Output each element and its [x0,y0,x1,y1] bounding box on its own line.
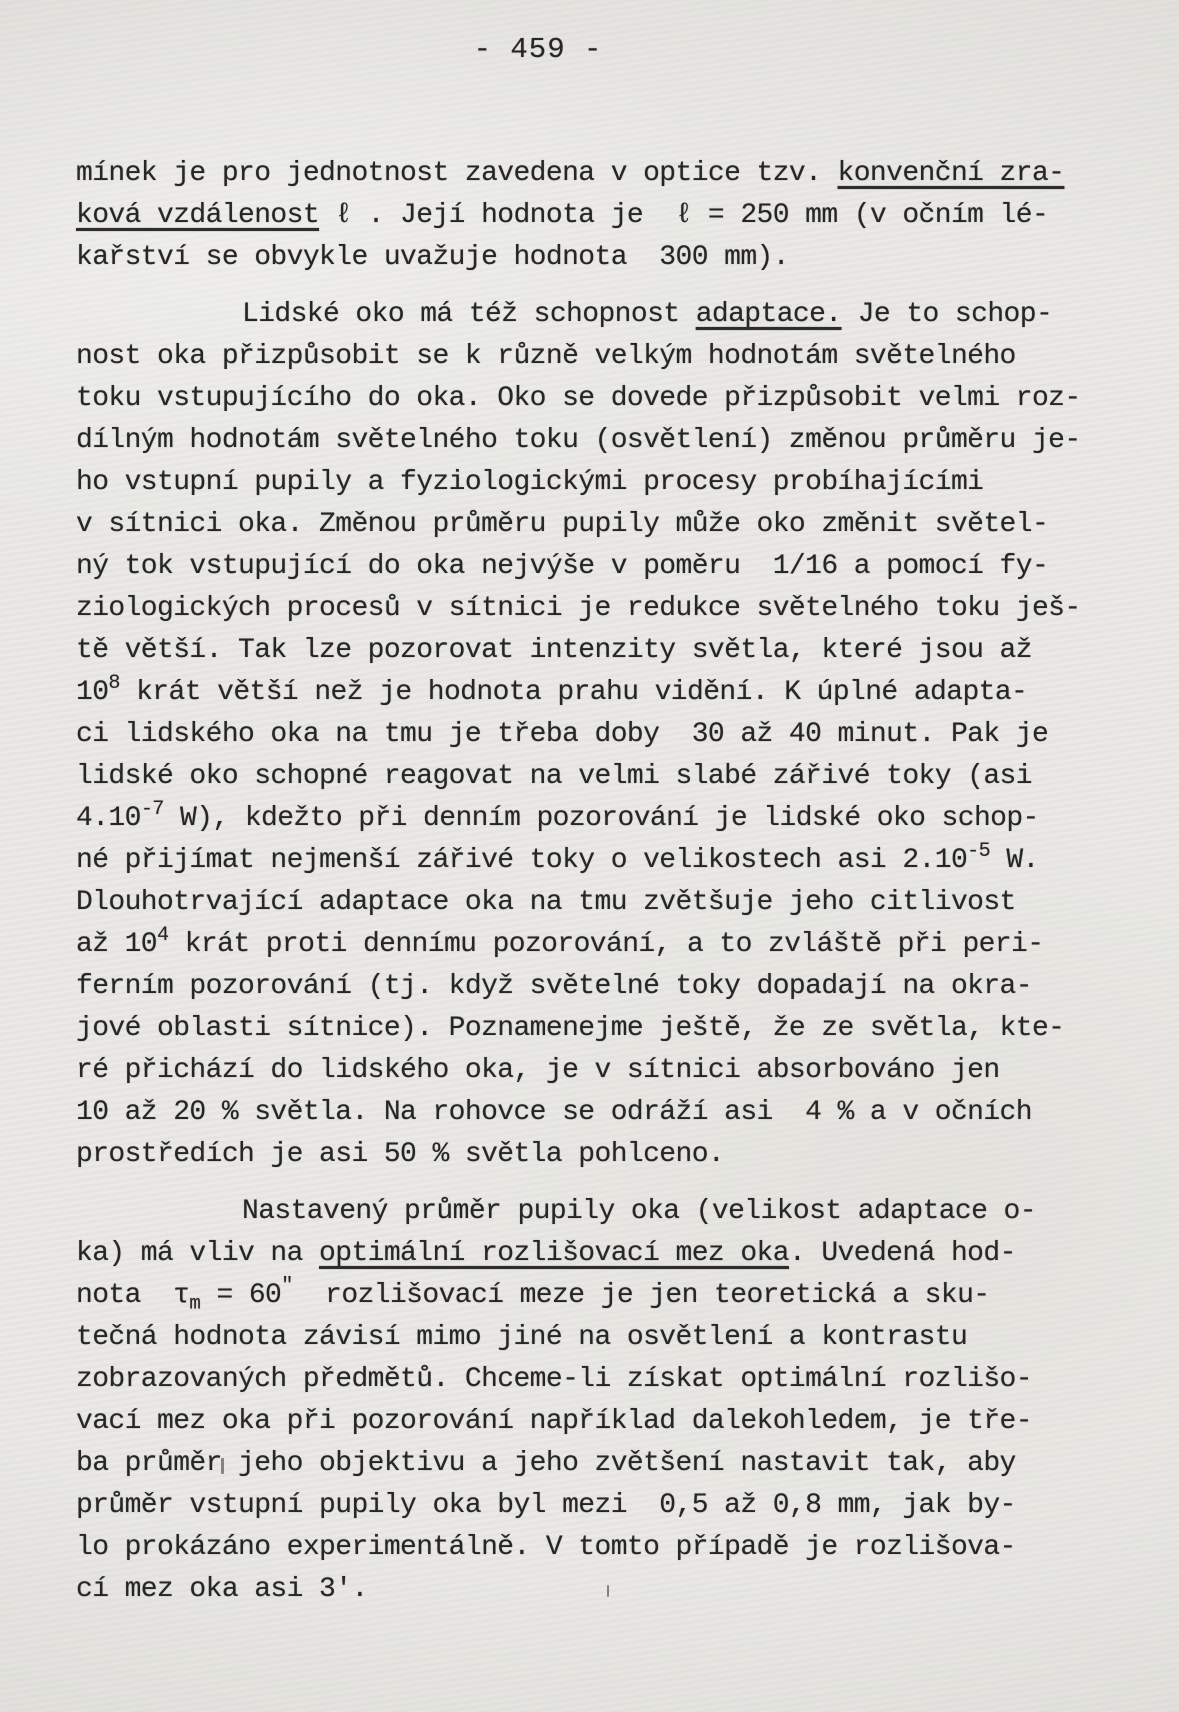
text-segment: . Uvedená hod- [789,1238,1016,1269]
text-line: 10 až 20 % světla. Na rohovce se odráží … [76,1092,1146,1134]
text-segment: ″ [281,1266,293,1308]
text-segment: nota τ [76,1280,189,1311]
text-segment: ba průměr jeho objektivu a jeho zvětšení… [76,1448,1016,1479]
text-line: průměr vstupní pupily oka byl mezi 0,5 a… [76,1485,1146,1527]
text-line: vací mez oka při pozorování například da… [76,1401,1146,1443]
text-line: nota τm = 60″ rozlišovací meze je jen te… [76,1275,1146,1317]
underlined-term: adaptace. [696,299,842,330]
text-line: až 104 krát proti dennímu pozorování, a … [76,924,1146,966]
text-line: tě větší. Tak lze pozorovat intenzity sv… [76,630,1146,672]
text-line: Nastavený průměr pupily oka (velikost ad… [76,1191,1146,1233]
text-line: jové oblasti sítnice). Poznamenejme ješt… [76,1008,1146,1050]
text-segment: 10 [76,677,108,708]
text-line: prostředích je asi 50 % světla pohlceno. [76,1134,1146,1176]
text-line: ková vzdálenost ℓ . Její hodnota je ℓ = … [76,195,1146,237]
text-segment: tě větší. Tak lze pozorovat intenzity sv… [76,635,1032,666]
text-segment: v sítnici oka. Změnou průměru pupily můž… [76,509,1048,540]
text-line: toku vstupujícího do oka. Oko se dovede … [76,378,1146,420]
text-line: cí mez oka asi 3′. [76,1569,1146,1611]
text-segment: zobrazovaných předmětů. Chceme-li získat… [76,1364,1032,1395]
text-line: nost oka přizpůsobit se k různě velkým h… [76,336,1146,378]
text-segment: Nastavený průměr pupily oka (velikost ad… [242,1196,1036,1227]
text-line: né přijímat nejmenší zářivé toky o velik… [76,840,1146,882]
text-line: Lidské oko má též schopnost adaptace. Je… [76,294,1146,336]
text-line: ho vstupní pupily a fyziologickými proce… [76,462,1146,504]
text-line: zobrazovaných předmětů. Chceme-li získat… [76,1359,1146,1401]
text-segment: 8 [108,663,120,705]
underlined-term: optimální rozlišovací mez oka [319,1238,789,1269]
text-segment: dílným hodnotám světelného toku (osvětle… [76,425,1081,456]
text-segment: ziologických procesů v sítnici je redukc… [76,593,1081,624]
text-segment: krát větší než je hodnota prahu vidění. … [120,677,1027,708]
text-segment: W), kdežto při denním pozorování je lids… [164,803,1039,834]
text-segment: průměr vstupní pupily oka byl mezi 0,5 a… [76,1490,1016,1521]
text-segment: ka) má vliv na [76,1238,319,1269]
text-segment: jové oblasti sítnice). Poznamenejme ješt… [76,1013,1064,1044]
text-segment: W. [990,845,1039,876]
text-segment: až 10 [76,929,157,960]
text-segment: nost oka přizpůsobit se k různě velkým h… [76,341,1016,372]
page-text: mínek je pro jednotnost zavedena v optic… [76,153,1146,1611]
text-segment: Je to schop- [842,299,1053,330]
text-line: ci lidského oka na tmu je třeba doby 30 … [76,714,1146,756]
text-segment: rozlišovací meze je jen teoretická a sku… [293,1280,990,1311]
text-segment: mínek je pro jednotnost zavedena v optic… [76,158,838,189]
text-segment: tečná hodnota závisí mimo jiné na osvětl… [76,1322,967,1353]
text-line: kařství se obvykle uvažuje hodnota 300 m… [76,237,1146,279]
text-segment: krát proti dennímu pozorování, a to zvlá… [169,929,1044,960]
scan-artifact-speck [607,1585,609,1597]
text-segment: ré přichází do lidského oka, je v sítnic… [76,1055,1000,1086]
text-segment: vací mez oka při pozorování například da… [76,1406,1032,1437]
text-line: ferním pozorování (tj. když světelné tok… [76,966,1146,1008]
text-line: ziologických procesů v sítnici je redukc… [76,588,1146,630]
scanned-document-page: - 459 - mínek je pro jednotnost zavedena… [0,0,1179,1712]
text-line: mínek je pro jednotnost zavedena v optic… [76,153,1146,195]
text-segment: Dlouhotrvající adaptace oka na tmu zvětš… [76,887,1016,918]
text-segment: = 60 [200,1280,281,1311]
text-line: lo prokázáno experimentálně. V tomto pří… [76,1527,1146,1569]
text-segment: -7 [141,789,164,831]
text-line: Dlouhotrvající adaptace oka na tmu zvětš… [76,882,1146,924]
text-line: ré přichází do lidského oka, je v sítnic… [76,1050,1146,1092]
text-segment: né přijímat nejmenší zářivé toky o velik… [76,845,967,876]
text-segment: prostředích je asi 50 % světla pohlceno. [76,1139,724,1170]
text-segment: ℓ . Její hodnota je ℓ = 250 mm (v očním … [319,200,1048,231]
text-segment: 4 [157,915,169,957]
text-segment: toku vstupujícího do oka. Oko se dovede … [76,383,1081,414]
text-segment: m [189,1283,200,1325]
text-segment: ný tok vstupující do oka nejvýše v poměr… [76,551,1048,582]
text-segment: ferním pozorování (tj. když světelné tok… [76,971,1032,1002]
text-segment: kařství se obvykle uvažuje hodnota 300 m… [76,242,789,273]
scan-artifact-speck [221,1458,224,1474]
text-segment: lo prokázáno experimentálně. V tomto pří… [76,1532,1016,1563]
text-line: ba průměr jeho objektivu a jeho zvětšení… [76,1443,1146,1485]
text-segment: ho vstupní pupily a fyziologickými proce… [76,467,983,498]
text-line: tečná hodnota závisí mimo jiné na osvětl… [76,1317,1146,1359]
text-line: dílným hodnotám světelného toku (osvětle… [76,420,1146,462]
text-line: 108 krát větší než je hodnota prahu vidě… [76,672,1146,714]
underlined-term: ková vzdálenost [76,200,319,231]
text-line: lidské oko schopné reagovat na velmi sla… [76,756,1146,798]
underlined-term: konvenční zra- [838,158,1065,189]
text-segment: ci lidského oka na tmu je třeba doby 30 … [76,719,1048,750]
text-segment: 4.10 [76,803,141,834]
text-segment: 10 až 20 % světla. Na rohovce se odráží … [76,1097,1032,1128]
text-segment: lidské oko schopné reagovat na velmi sla… [76,761,1032,792]
text-segment: -5 [967,831,990,873]
text-line: ný tok vstupující do oka nejvýše v poměr… [76,546,1146,588]
text-segment: Lidské oko má též schopnost [242,299,696,330]
page-number: - 459 - [448,34,628,66]
text-line: ka) má vliv na optimální rozlišovací mez… [76,1233,1146,1275]
text-segment: cí mez oka asi 3′. [76,1574,368,1605]
text-line: v sítnici oka. Změnou průměru pupily můž… [76,504,1146,546]
